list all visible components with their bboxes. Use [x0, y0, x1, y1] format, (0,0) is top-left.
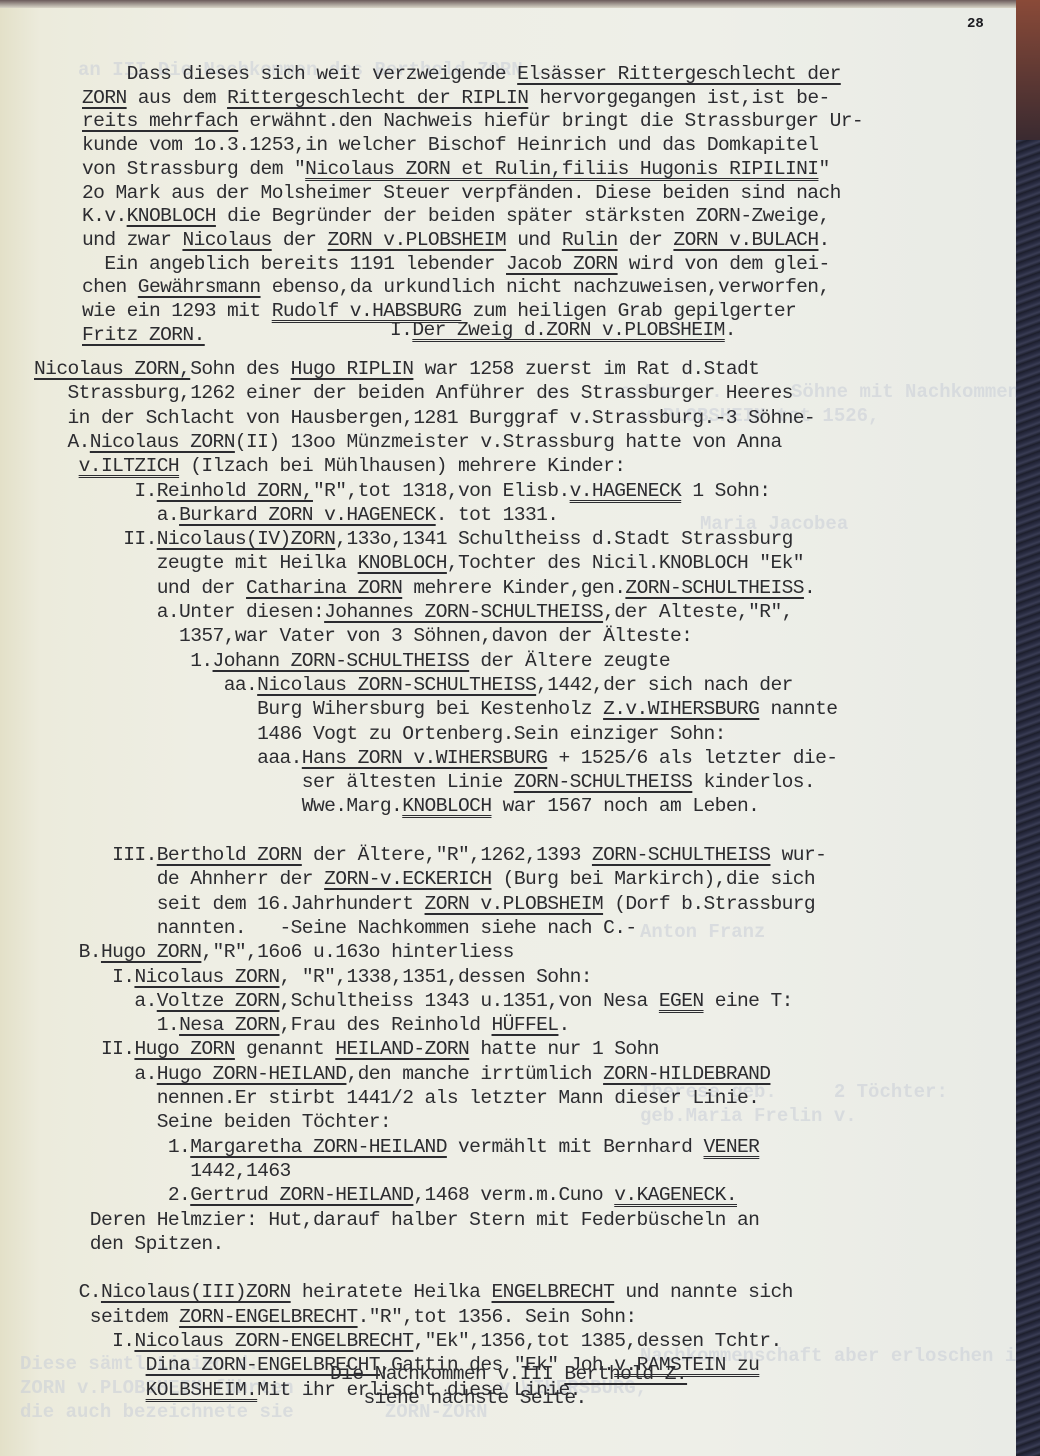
underlined-name: Hans ZORN v.WIHERSBURG [302, 747, 547, 769]
text-run: a. [34, 504, 179, 526]
text-run: (Burg bei Markirch),die sich [492, 868, 816, 890]
text-line: nannten. -Seine Nachkommen siehe nach C.… [34, 916, 637, 940]
text-run: seit dem 16.Jahrhundert [34, 893, 425, 915]
text-line: ser ältesten Linie ZORN-SCHULTHEISS kind… [34, 770, 815, 794]
text-run: zeugte mit Heilka [34, 552, 358, 574]
text-line: A.Nicolaus ZORN(II) 13oo Münzmeister v.S… [34, 430, 782, 454]
text-run: . [558, 1014, 569, 1036]
text-run: III. [34, 844, 157, 866]
underlined-name: Rulin [562, 229, 618, 251]
text-run: aa. [34, 674, 257, 696]
text-run: ,den manche irrtümlich [346, 1063, 603, 1085]
underlined-name: Nicolaus ZORN, [34, 358, 190, 380]
text-run: Wwe.Marg. [34, 795, 402, 817]
text-line: 1.Nesa ZORN,Frau des Reinhold HÜFFEL. [34, 1013, 570, 1037]
text-run: (Ilzach bei Mühlhausen) mehrere Kinder: [179, 455, 625, 477]
text-run: ser ältesten Linie [34, 771, 514, 793]
text-run: ,der Alteste,"R", [603, 601, 793, 623]
text-run: seitdem [34, 1306, 179, 1328]
underlined-name: v.ILTZICH [79, 455, 179, 477]
text-run: a.Unter diesen: [34, 601, 324, 623]
text-run: 2. [34, 1184, 190, 1206]
text-run: nannten. -Seine Nachkommen siehe nach C.… [34, 917, 637, 939]
text-run: A. [34, 431, 90, 453]
text-run: der Ältere,"R",1262,1393 [302, 844, 592, 866]
underlined-name: VENER [704, 1136, 760, 1158]
text-run: wie ein 1293 mit [82, 300, 272, 322]
text-line: a.Burkard ZORN v.HAGENECK. tot 1331. [34, 503, 558, 527]
underlined-name: Nicolaus ZORN [134, 966, 279, 988]
underlined-name: ZORN-SCHULTHEISS [592, 844, 771, 866]
page-number: 28 [967, 16, 984, 32]
text-run: ,133o,1341 Schultheiss d.Stadt Strassbur… [335, 528, 793, 550]
text-line: Wwe.Marg.KNOBLOCH war 1567 noch am Leben… [34, 794, 759, 818]
underlined-name: Nicolaus ZORN [90, 431, 235, 453]
text-run: " [818, 158, 829, 180]
underlined-name: Der Zweig d.ZORN v.PLOBSHEIM [412, 319, 724, 341]
underlined-name: Nicolaus(IV)ZORN [157, 528, 336, 550]
text-line: in der Schlacht von Hausbergen,1281 Burg… [34, 406, 815, 430]
text-run: 1442,1463 [34, 1160, 291, 1182]
text-run: I. [34, 1330, 134, 1352]
text-line: zeugte mit Heilka KNOBLOCH,Tochter des N… [34, 551, 804, 575]
text-line: de Ahnherr der ZORN-v.ECKERICH (Burg bei… [34, 867, 815, 891]
underlined-name: v.HAGENECK [570, 480, 682, 502]
text-line: C.Nicolaus(III)ZORN heiratete Heilka ENG… [34, 1280, 793, 1304]
text-line: 1357,war Vater von 3 Söhnen,davon der Äl… [34, 624, 692, 648]
text-run: ,Tochter des Nicil.KNOBLOCH "Ek" [447, 552, 804, 574]
book-binding [1016, 0, 1040, 1456]
text-run: + 1525/6 als letzter die- [547, 747, 837, 769]
text-line: III.Berthold ZORN der Ältere,"R",1262,13… [34, 843, 826, 867]
text-run: a. [34, 1063, 157, 1085]
underlined-name: KNOBLOCH [358, 552, 447, 574]
underlined-name: KNOBLOCH [127, 205, 216, 227]
text-run: 2o Mark aus der Molsheimer Steuer verpfä… [82, 182, 841, 204]
text-run: Ein angeblich bereits 1191 lebender [82, 253, 506, 275]
text-run [34, 1379, 146, 1401]
text-run: von Strassburg dem " [82, 158, 305, 180]
underlined-name: Hugo RIPLIN [291, 358, 414, 380]
text-run: Deren Helmzier: Hut,darauf halber Stern … [34, 1209, 759, 1231]
text-line: Seine beiden Töchter: [34, 1110, 391, 1134]
underlined-name: EGEN [659, 990, 704, 1012]
text-run: und [506, 229, 562, 251]
underlined-name: ZORN v.PLOBSHEIM [425, 893, 604, 915]
underlined-name: Elsässer Rittergeschlecht der [517, 63, 841, 85]
text-line: K.v.KNOBLOCH die Begründer der beiden sp… [82, 204, 830, 228]
text-run: ,1468 verm.m.Cuno [413, 1184, 614, 1206]
underlined-name: Z.v.WIHERSBURG [603, 698, 759, 720]
underlined-name: Nicolaus ZORN-ENGELBRECHT [134, 1330, 413, 1352]
text-run: hervorgegangen ist,ist be- [528, 87, 829, 109]
text-run: Burg Wihersburg bei Kestenholz [34, 698, 603, 720]
text-line: 2.Gertrud ZORN-HEILAND,1468 verm.m.Cuno … [34, 1183, 737, 1207]
underlined-name: Reinhold ZORN, [157, 480, 313, 502]
text-run: . [804, 577, 815, 599]
text-run: I. [390, 319, 412, 341]
underlined-name: Nicolaus [182, 229, 271, 251]
text-run: 1486 Vogt zu Ortenberg.Sein einziger Soh… [34, 723, 726, 745]
text-line: 2o Mark aus der Molsheimer Steuer verpfä… [82, 181, 841, 205]
text-run: in der Schlacht von Hausbergen,1281 Burg… [34, 407, 815, 429]
text-run: kunde vom 1o.3.1253,in welcher Bischof H… [82, 134, 818, 156]
text-run: nennen.Er stirbt 1441/2 als letzter Mann… [34, 1087, 759, 1109]
text-run: I. [34, 966, 134, 988]
text-line: a.Unter diesen:Johannes ZORN-SCHULTHEISS… [34, 600, 793, 624]
underlined-name: Gertrud ZORN-HEILAND [190, 1184, 413, 1206]
text-line: Nicolaus ZORN,Sohn des Hugo RIPLIN war 1… [34, 357, 759, 381]
text-line: chen Gewährsmann ebenso,da urkundlich ni… [82, 275, 830, 299]
section-heading: I.Der Zweig d.ZORN v.PLOBSHEIM. [390, 318, 736, 342]
text-run: die Begründer der beiden später stärkste… [216, 205, 830, 227]
underlined-name: Johann ZORN-SCHULTHEISS [213, 650, 470, 672]
text-run: heiratete Heilka [291, 1281, 492, 1303]
text-run: 1. [34, 1014, 179, 1036]
text-run: . [725, 319, 736, 341]
text-run: ebenso,da urkundlich nicht nachzuweisen,… [261, 276, 830, 298]
underlined-name: Berthold ZORN [157, 844, 302, 866]
underlined-name: HÜFFEL [492, 1014, 559, 1036]
text-line: nennen.Er stirbt 1441/2 als letzter Mann… [34, 1086, 759, 1110]
text-line: I.Nicolaus ZORN, "R",1338,1351,dessen So… [34, 965, 592, 989]
footer-line: siehe nächste Seite. [330, 1386, 587, 1410]
text-run: mehrere Kinder,gen. [402, 577, 625, 599]
text-line: aaa.Hans ZORN v.WIHERSBURG + 1525/6 als … [34, 746, 837, 770]
text-run: 1 Sohn: [681, 480, 770, 502]
text-run: kinderlos. [692, 771, 815, 793]
text-run: wird von dem glei- [618, 253, 830, 275]
underlined-name: Gewährsmann [138, 276, 261, 298]
text-run: K.v. [82, 205, 127, 227]
underlined-name: Hugo ZORN [134, 1038, 234, 1060]
text-run: und der [34, 577, 246, 599]
underlined-name: Catharina ZORN [246, 577, 402, 599]
underlined-name: Rittergeschlecht der RIPLIN [227, 87, 528, 109]
text-line: Ein angeblich bereits 1191 lebender Jaco… [82, 252, 830, 276]
underlined-name: Hugo ZORN-HEILAND [157, 1063, 347, 1085]
underlined-name: ZORN [82, 87, 127, 109]
text-line: 1.Johann ZORN-SCHULTHEISS der Ältere zeu… [34, 649, 670, 673]
text-run: ,1442,der sich nach der [536, 674, 793, 696]
underlined-name: ZORN-SCHULTHEISS [514, 771, 693, 793]
text-run: ."R",tot 1356. Sein Sohn: [358, 1306, 637, 1328]
text-run: eine T: [704, 990, 793, 1012]
text-line: Fritz ZORN. [82, 323, 205, 347]
text-run: wur- [770, 844, 826, 866]
underlined-name: Nicolaus ZORN-SCHULTHEISS [257, 674, 536, 696]
text-run: a. [34, 990, 157, 1012]
text-run: der [618, 229, 674, 251]
underlined-name: Jacob ZORN [506, 253, 618, 275]
text-line: a.Hugo ZORN-HEILAND,den manche irrtümlic… [34, 1062, 770, 1086]
text-run: Dass dieses sich weit verzweigende [82, 63, 517, 85]
text-run: aaa. [34, 747, 302, 769]
text-run: genannt [235, 1038, 335, 1060]
text-line: II.Hugo ZORN genannt HEILAND-ZORN hatte … [34, 1037, 659, 1061]
text-run: B. [34, 941, 101, 963]
text-run: Die Nachkommen v.III [330, 1363, 564, 1385]
text-run: hatte nur 1 Sohn [469, 1038, 659, 1060]
text-run: und nannte sich [614, 1281, 793, 1303]
text-line: 1486 Vogt zu Ortenberg.Sein einziger Soh… [34, 722, 726, 746]
text-line: kunde vom 1o.3.1253,in welcher Bischof H… [82, 133, 818, 157]
underlined-name: Fritz ZORN. [82, 324, 205, 346]
underlined-name: Voltze ZORN [157, 990, 280, 1012]
text-run: "R",tot 1318,von Elisb. [313, 480, 570, 502]
text-run [34, 1354, 146, 1376]
underlined-name: ENGELBRECHT [492, 1281, 615, 1303]
text-line: Deren Helmzier: Hut,darauf halber Stern … [34, 1208, 759, 1232]
underlined-name: ZORN-HILDEBRAND [603, 1063, 770, 1085]
text-run [34, 455, 79, 477]
text-run: . tot 1331. [436, 504, 559, 526]
text-run: II. [34, 528, 157, 550]
underlined-name: Hugo ZORN [101, 941, 201, 963]
text-line: seit dem 16.Jahrhundert ZORN v.PLOBSHEIM… [34, 892, 815, 916]
text-run: vermählt mit Bernhard [447, 1136, 704, 1158]
text-run: , "R",1338,1351,dessen Sohn: [280, 966, 592, 988]
underlined-name: ZORN-v.ECKERICH [324, 868, 491, 890]
text-run: den Spitzen. [34, 1233, 224, 1255]
text-run: C. [34, 1281, 101, 1303]
underlined-name: Johannes ZORN-SCHULTHEISS [324, 601, 603, 623]
text-run: de Ahnherr der [34, 868, 324, 890]
text-line: und zwar Nicolaus der ZORN v.PLOBSHEIM u… [82, 228, 830, 252]
underlined-name: ZORN-SCHULTHEISS [625, 577, 804, 599]
text-line: I.Nicolaus ZORN-ENGELBRECHT,"Ek",1356,to… [34, 1329, 782, 1353]
text-line: II.Nicolaus(IV)ZORN,133o,1341 Schultheis… [34, 527, 793, 551]
text-run: (Dorf b.Strassburg [603, 893, 815, 915]
text-run: ,"R",16o6 u.163o hinterliess [201, 941, 513, 963]
underlined-name: ZORN-ENGELBRECHT [179, 1306, 358, 1328]
underlined-name: ZORN v.BULACH [673, 229, 818, 251]
text-run: 1. [34, 650, 213, 672]
text-line: v.ILTZICH (Ilzach bei Mühlhausen) mehrer… [34, 454, 625, 478]
text-run: nannte [759, 698, 837, 720]
underlined-name: HEILAND-ZORN [335, 1038, 469, 1060]
underlined-name: KOLBSHEIM. [146, 1379, 258, 1401]
text-run: der Ältere zeugte [469, 650, 670, 672]
text-run: siehe nächste Seite. [330, 1387, 587, 1409]
text-run: ,Schultheiss 1343 u.1351,von Nesa [280, 990, 659, 1012]
text-run: war 1567 noch am Leben. [492, 795, 760, 817]
text-line: a.Voltze ZORN,Schultheiss 1343 u.1351,vo… [34, 989, 793, 1013]
text-run: und zwar [82, 229, 182, 251]
underlined-name: Nesa ZORN [179, 1014, 279, 1036]
text-run: chen [82, 276, 138, 298]
underlined-name: Nicolaus ZORN et Rulin,filiis Hugonis RI… [305, 158, 818, 180]
text-line: Burg Wihersburg bei Kestenholz Z.v.WIHER… [34, 697, 837, 721]
text-run: I. [34, 480, 157, 502]
text-line: den Spitzen. [34, 1232, 224, 1256]
text-line: I.Reinhold ZORN,"R",tot 1318,von Elisb.v… [34, 479, 770, 503]
text-line: aa.Nicolaus ZORN-SCHULTHEISS,1442,der si… [34, 673, 793, 697]
text-line: von Strassburg dem "Nicolaus ZORN et Rul… [82, 157, 830, 181]
underlined-name: Nicolaus(III)ZORN [101, 1281, 291, 1303]
underlined-name: Berthold Z. [564, 1363, 687, 1385]
underlined-name: ZORN v.PLOBSHEIM [328, 229, 507, 251]
underlined-name: v.KAGENECK. [614, 1184, 737, 1206]
text-run: erwähnt.den Nachweis hiefür bringt die S… [238, 110, 863, 132]
underlined-name: Margaretha ZORN-HEILAND [190, 1136, 447, 1158]
underlined-name: KNOBLOCH [402, 795, 491, 817]
text-run: aus dem [127, 87, 227, 109]
text-run: (II) 13oo Münzmeister v.Strassburg hatte… [235, 431, 782, 453]
text-run: 1357,war Vater von 3 Söhnen,davon der Äl… [34, 625, 692, 647]
text-run: ,"Ek",1356,tot 1385,dessen Tchtr. [413, 1330, 781, 1352]
text-run: Strassburg,1262 einer der beiden Anführe… [34, 382, 793, 404]
text-line: 1442,1463 [34, 1159, 291, 1183]
text-line: seitdem ZORN-ENGELBRECHT."R",tot 1356. S… [34, 1305, 637, 1329]
document-page: an III Die Nachkommen des Berthold ZORN … [0, 0, 1018, 1456]
text-run: . [818, 229, 829, 251]
underlined-name: reits mehrfach [82, 110, 238, 132]
text-run: 1. [34, 1136, 190, 1158]
text-line: 1.Margaretha ZORN-HEILAND vermählt mit B… [34, 1135, 759, 1159]
text-line: B.Hugo ZORN,"R",16o6 u.163o hinterliess [34, 940, 514, 964]
text-line: Dass dieses sich weit verzweigende Elsäs… [82, 62, 841, 86]
text-line: ZORN aus dem Rittergeschlecht der RIPLIN… [82, 86, 830, 110]
text-run: ,Frau des Reinhold [280, 1014, 492, 1036]
footer-line: Die Nachkommen v.III Berthold Z. [330, 1362, 687, 1386]
text-run: Seine beiden Töchter: [34, 1111, 391, 1133]
text-line: reits mehrfach erwähnt.den Nachweis hief… [82, 109, 863, 133]
text-run: war 1258 zuerst im Rat d.Stadt [413, 358, 759, 380]
text-line: und der Catharina ZORN mehrere Kinder,ge… [34, 576, 815, 600]
text-run: Sohn des [190, 358, 290, 380]
text-run: der [272, 229, 328, 251]
text-run: II. [34, 1038, 134, 1060]
underlined-name: Burkard ZORN v.HAGENECK [179, 504, 436, 526]
text-line: Strassburg,1262 einer der beiden Anführe… [34, 381, 793, 405]
